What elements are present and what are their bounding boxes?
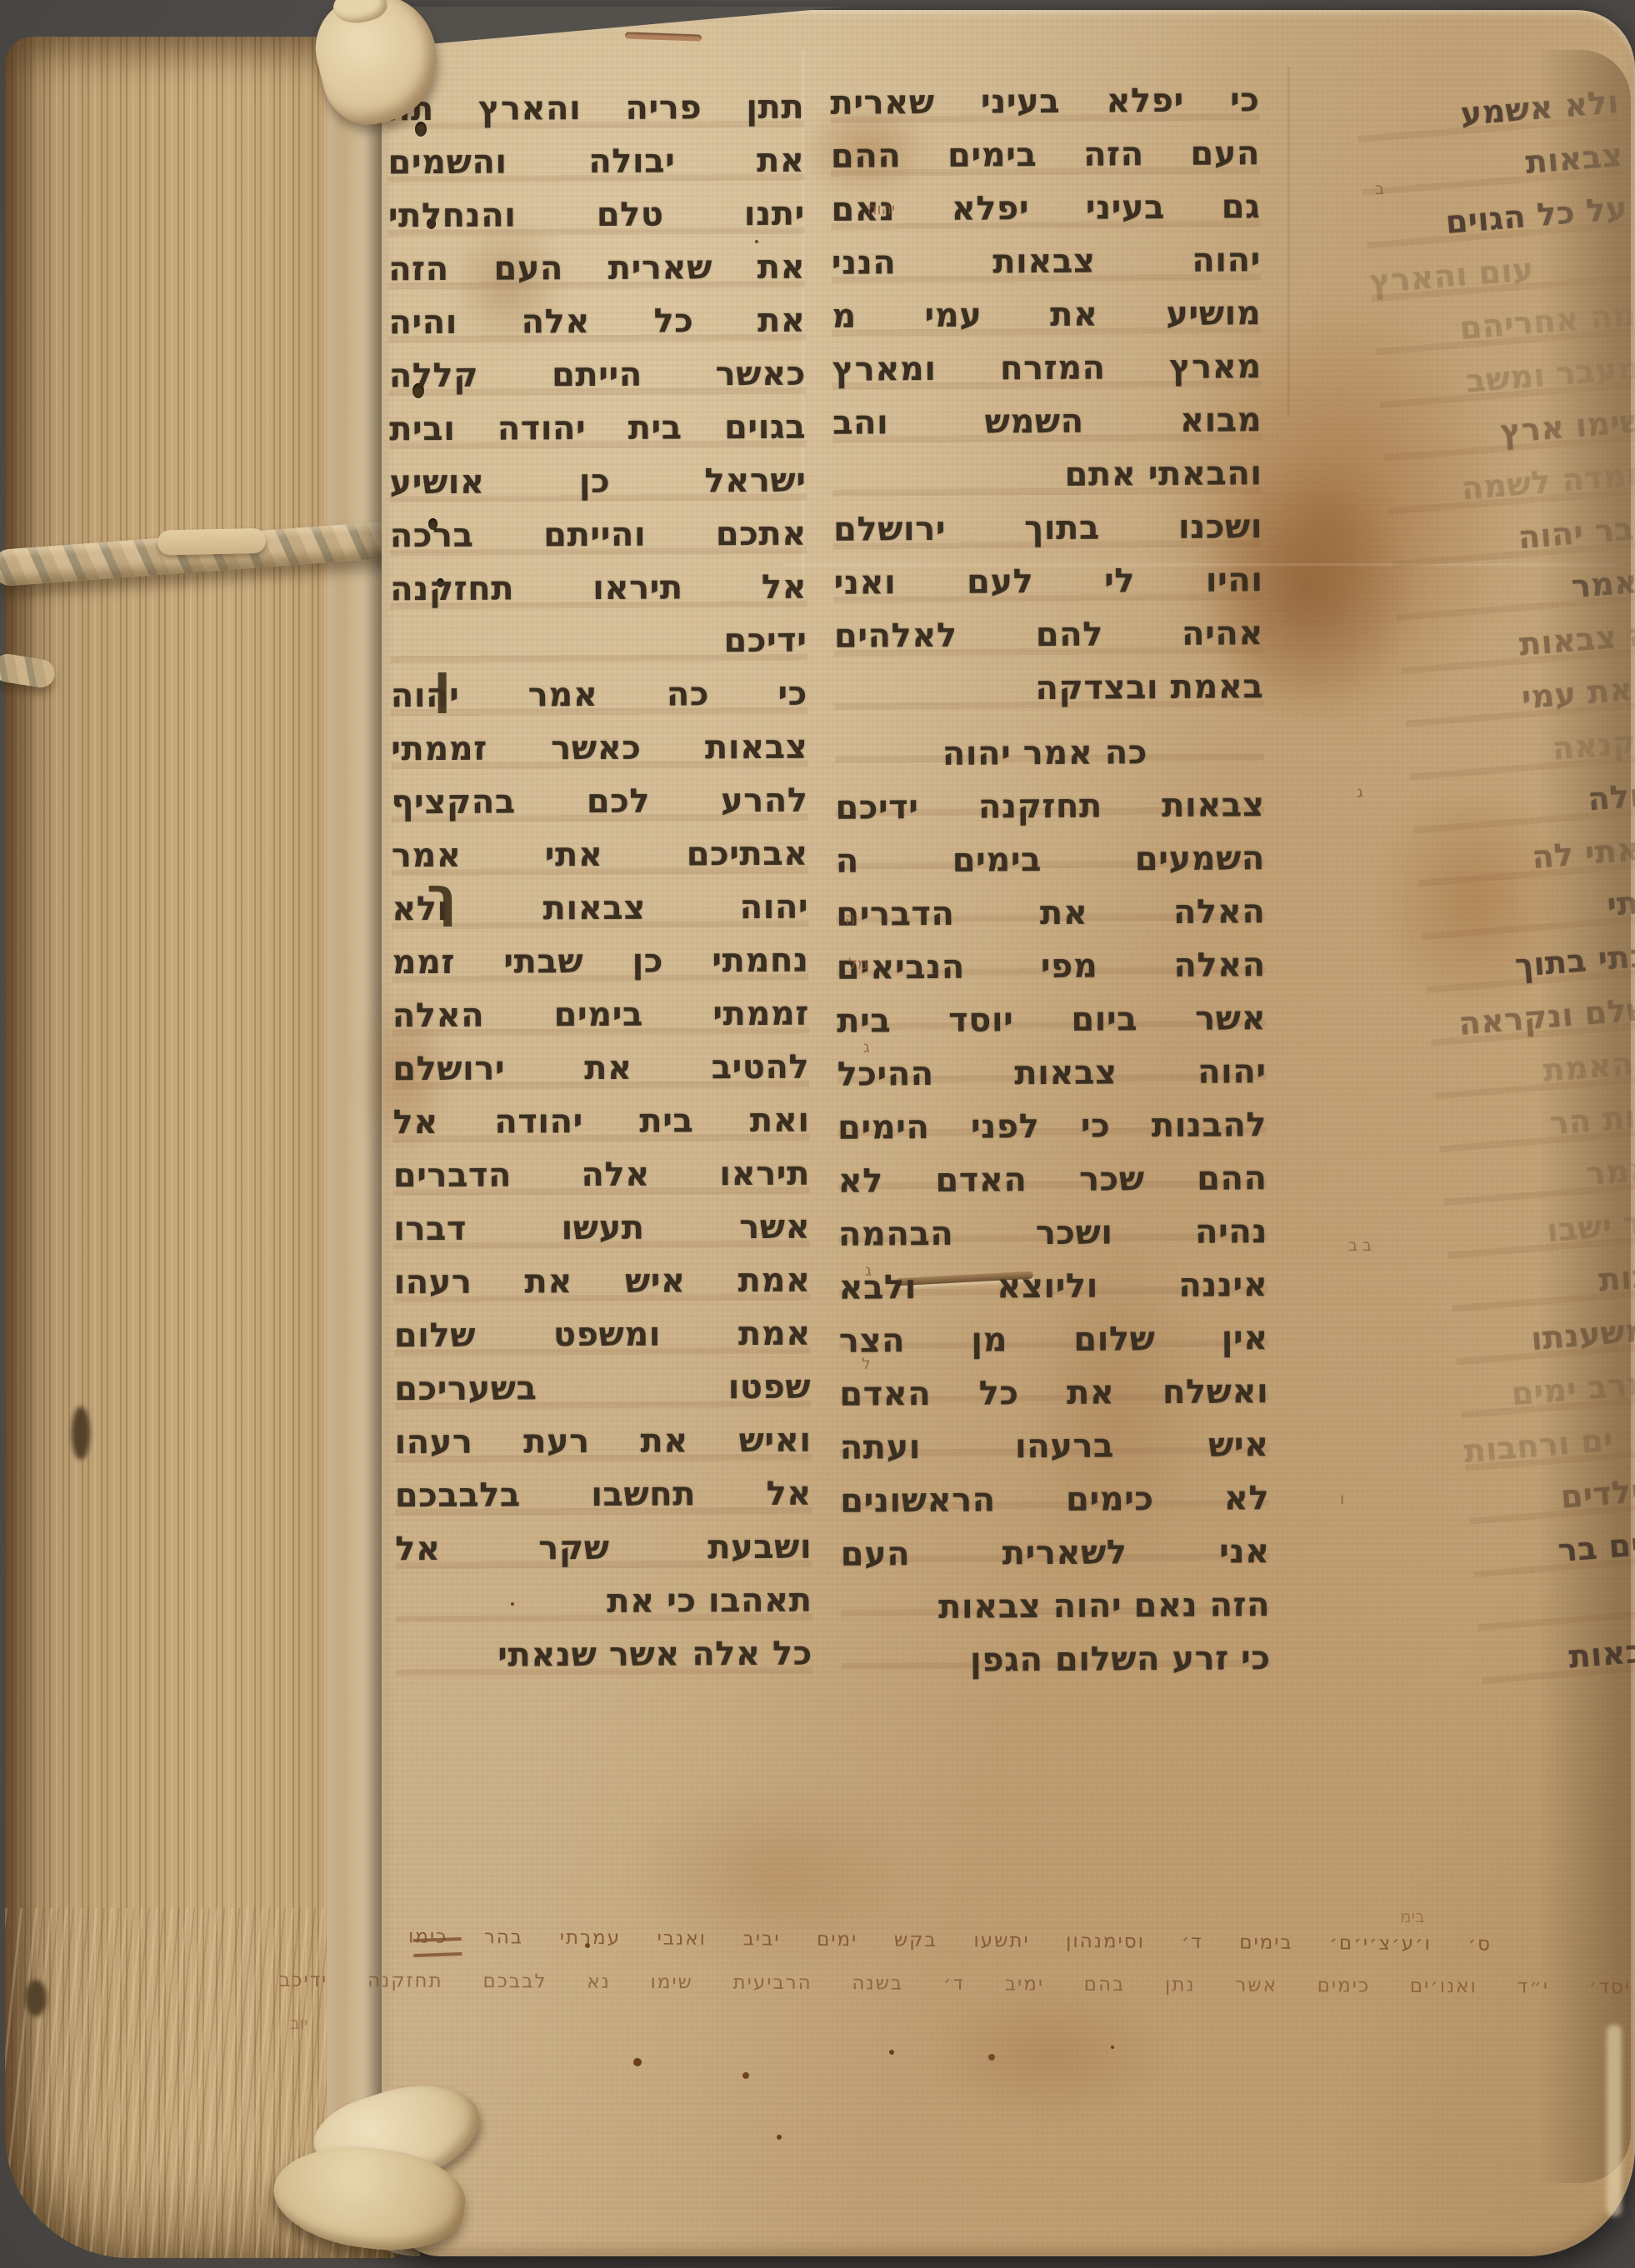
- ms-line: תאהבו כי את: [395, 1576, 812, 1631]
- manuscript-photo: ולא אשמעצבאותעל כל הגויםעום והארץמה אחרי…: [0, 0, 1635, 2268]
- ms-line: אני לשארית העם: [840, 1526, 1269, 1583]
- ms-line: את כל אלה והיה: [388, 296, 805, 352]
- ms-line: זממתי בימים האלה: [392, 989, 809, 1045]
- margin-note: ג: [865, 1261, 872, 1280]
- ms-line: כל אלה אשר שנאתי: [396, 1629, 812, 1685]
- ms-line: ואיש את רעת רעהו: [394, 1416, 811, 1471]
- leaf-edge-knot: [72, 1406, 90, 1460]
- masora-flourish: [413, 1937, 462, 1957]
- margin-note: ו: [1340, 1490, 1344, 1508]
- ms-line: השמעים בימים ה: [836, 833, 1265, 890]
- ms-line: כי יפלא בעיני שארית: [830, 75, 1259, 132]
- ms-line: ואת בית יהודה אל: [392, 1096, 809, 1151]
- ms-line: להבנות כי לפני הימים: [837, 1100, 1267, 1156]
- ms-line: נחמתי כן שבתי זממ: [392, 936, 808, 992]
- margin-note: ב: [1375, 180, 1384, 198]
- ms-line: ההם שכר האדם לא: [837, 1153, 1267, 1210]
- ms-line: צבאות כאשר זממתי: [391, 722, 807, 778]
- ms-line: לא כימים הראשונים: [840, 1473, 1269, 1530]
- binding-cord-twist: [157, 528, 267, 556]
- ms-line: גם בעיני יפלא נאם: [831, 182, 1260, 238]
- ms-line: שפטו בשעריכם: [394, 1362, 811, 1418]
- ms-line: מארץ המזרח ומארץ: [832, 342, 1261, 398]
- ms-line: יהוה צבאות ההיכל: [837, 1047, 1266, 1103]
- ms-line: את שארית העם הזה: [388, 242, 805, 298]
- ms-line: אשר תעשו דברו: [393, 1202, 810, 1258]
- torn-flap: [265, 2073, 483, 2258]
- ms-line: בגוים בית יהודה ובית: [389, 402, 806, 458]
- rust-spots: [633, 2058, 642, 2066]
- ms-line: יתנו טלם והנחלתי: [388, 189, 805, 245]
- ms-line: צבאות תחזקנה ידיכם: [835, 780, 1264, 837]
- ms-line: ואשלח את כל האדם: [839, 1366, 1268, 1423]
- ms-line: באמת ובצדקה: [834, 662, 1263, 718]
- ms-line: ישראל כן אושיע: [389, 456, 806, 512]
- margin-note: ב ב: [1348, 1236, 1372, 1255]
- ms-line: אהיה להם לאלהים: [834, 608, 1263, 665]
- margin-note: מל: [848, 955, 868, 973]
- text-column-middle: כי יפלא בעיני שאריתהעם הזה בימים ההםגם ב…: [830, 75, 1270, 1690]
- ms-line: יהוה צבאות הנני: [832, 235, 1261, 292]
- margin-note: ג: [863, 1038, 870, 1057]
- margin-note: ג: [1357, 783, 1363, 802]
- ms-line: תיראו אלה הדברים: [393, 1149, 810, 1205]
- ms-line: להרע לכם בהקציף: [391, 776, 807, 832]
- ms-line: כאשר הייתם קללה: [389, 349, 806, 405]
- margin-note: ן: [433, 667, 451, 700]
- ms-line: אין שלום מן הצר: [839, 1313, 1268, 1370]
- ms-line: האלה את הדברים: [836, 887, 1265, 943]
- margin-note: ל: [862, 1355, 871, 1373]
- ms-line: איש ברעהו ועתה: [840, 1420, 1269, 1476]
- ms-line: אמת איש את רעהו: [393, 1256, 810, 1311]
- ms-line: איננה וליוצא ולבא: [838, 1260, 1267, 1316]
- ms-line: כה אמר יהוה: [835, 727, 1264, 783]
- ms-line: אל תחשבו בלבבכם: [395, 1469, 812, 1525]
- ms-line: נהיה ושכר הבהמה: [838, 1206, 1267, 1263]
- ms-line: אתכם והייתם ברכה: [390, 509, 807, 565]
- ms-line: והבאתי אתם: [832, 448, 1262, 505]
- margin-note: ך: [427, 880, 457, 913]
- ms-line: אמת ומשפט שלום: [394, 1309, 811, 1365]
- page-edge-highlight: [1607, 2025, 1622, 2216]
- ms-line: את יבולה והשמים: [387, 136, 804, 192]
- ms-line: כי זרע השלום הגפן: [841, 1633, 1270, 1690]
- margin-note: בימ: [1400, 1906, 1425, 1926]
- ms-line: האלה מפי הנביאים: [837, 940, 1266, 997]
- ms-line: אשר ביום יוסד בית: [837, 993, 1266, 1050]
- leaf-edge-knot: [25, 1980, 47, 2016]
- ms-line: ושכנו בתוך ירושלם: [833, 502, 1262, 558]
- margin-note: יהוה: [867, 200, 895, 218]
- ms-line: כי כה אמר יהוה: [391, 669, 807, 725]
- ms-line: אל תיראו תחזקנה: [390, 562, 807, 618]
- ms-line: תתן פריה והארץ תת: [387, 82, 804, 138]
- ms-line: ידיכם: [390, 616, 807, 672]
- margin-note: ה: [845, 910, 855, 928]
- ms-line: והיו לי לעם ואני: [833, 555, 1262, 612]
- ms-line: ושבעת שקר אל: [395, 1522, 812, 1578]
- ms-line: מבוא השמש והב: [832, 395, 1262, 452]
- ms-line: הזה נאם יהוה צבאות: [841, 1580, 1270, 1636]
- ms-line: העם הזה בימים ההם: [831, 128, 1260, 185]
- ms-line: להטיב את ירושלם: [392, 1042, 809, 1098]
- ms-line: מושיע את עמי מ: [832, 288, 1261, 345]
- margin-note: יוב: [290, 2013, 307, 2033]
